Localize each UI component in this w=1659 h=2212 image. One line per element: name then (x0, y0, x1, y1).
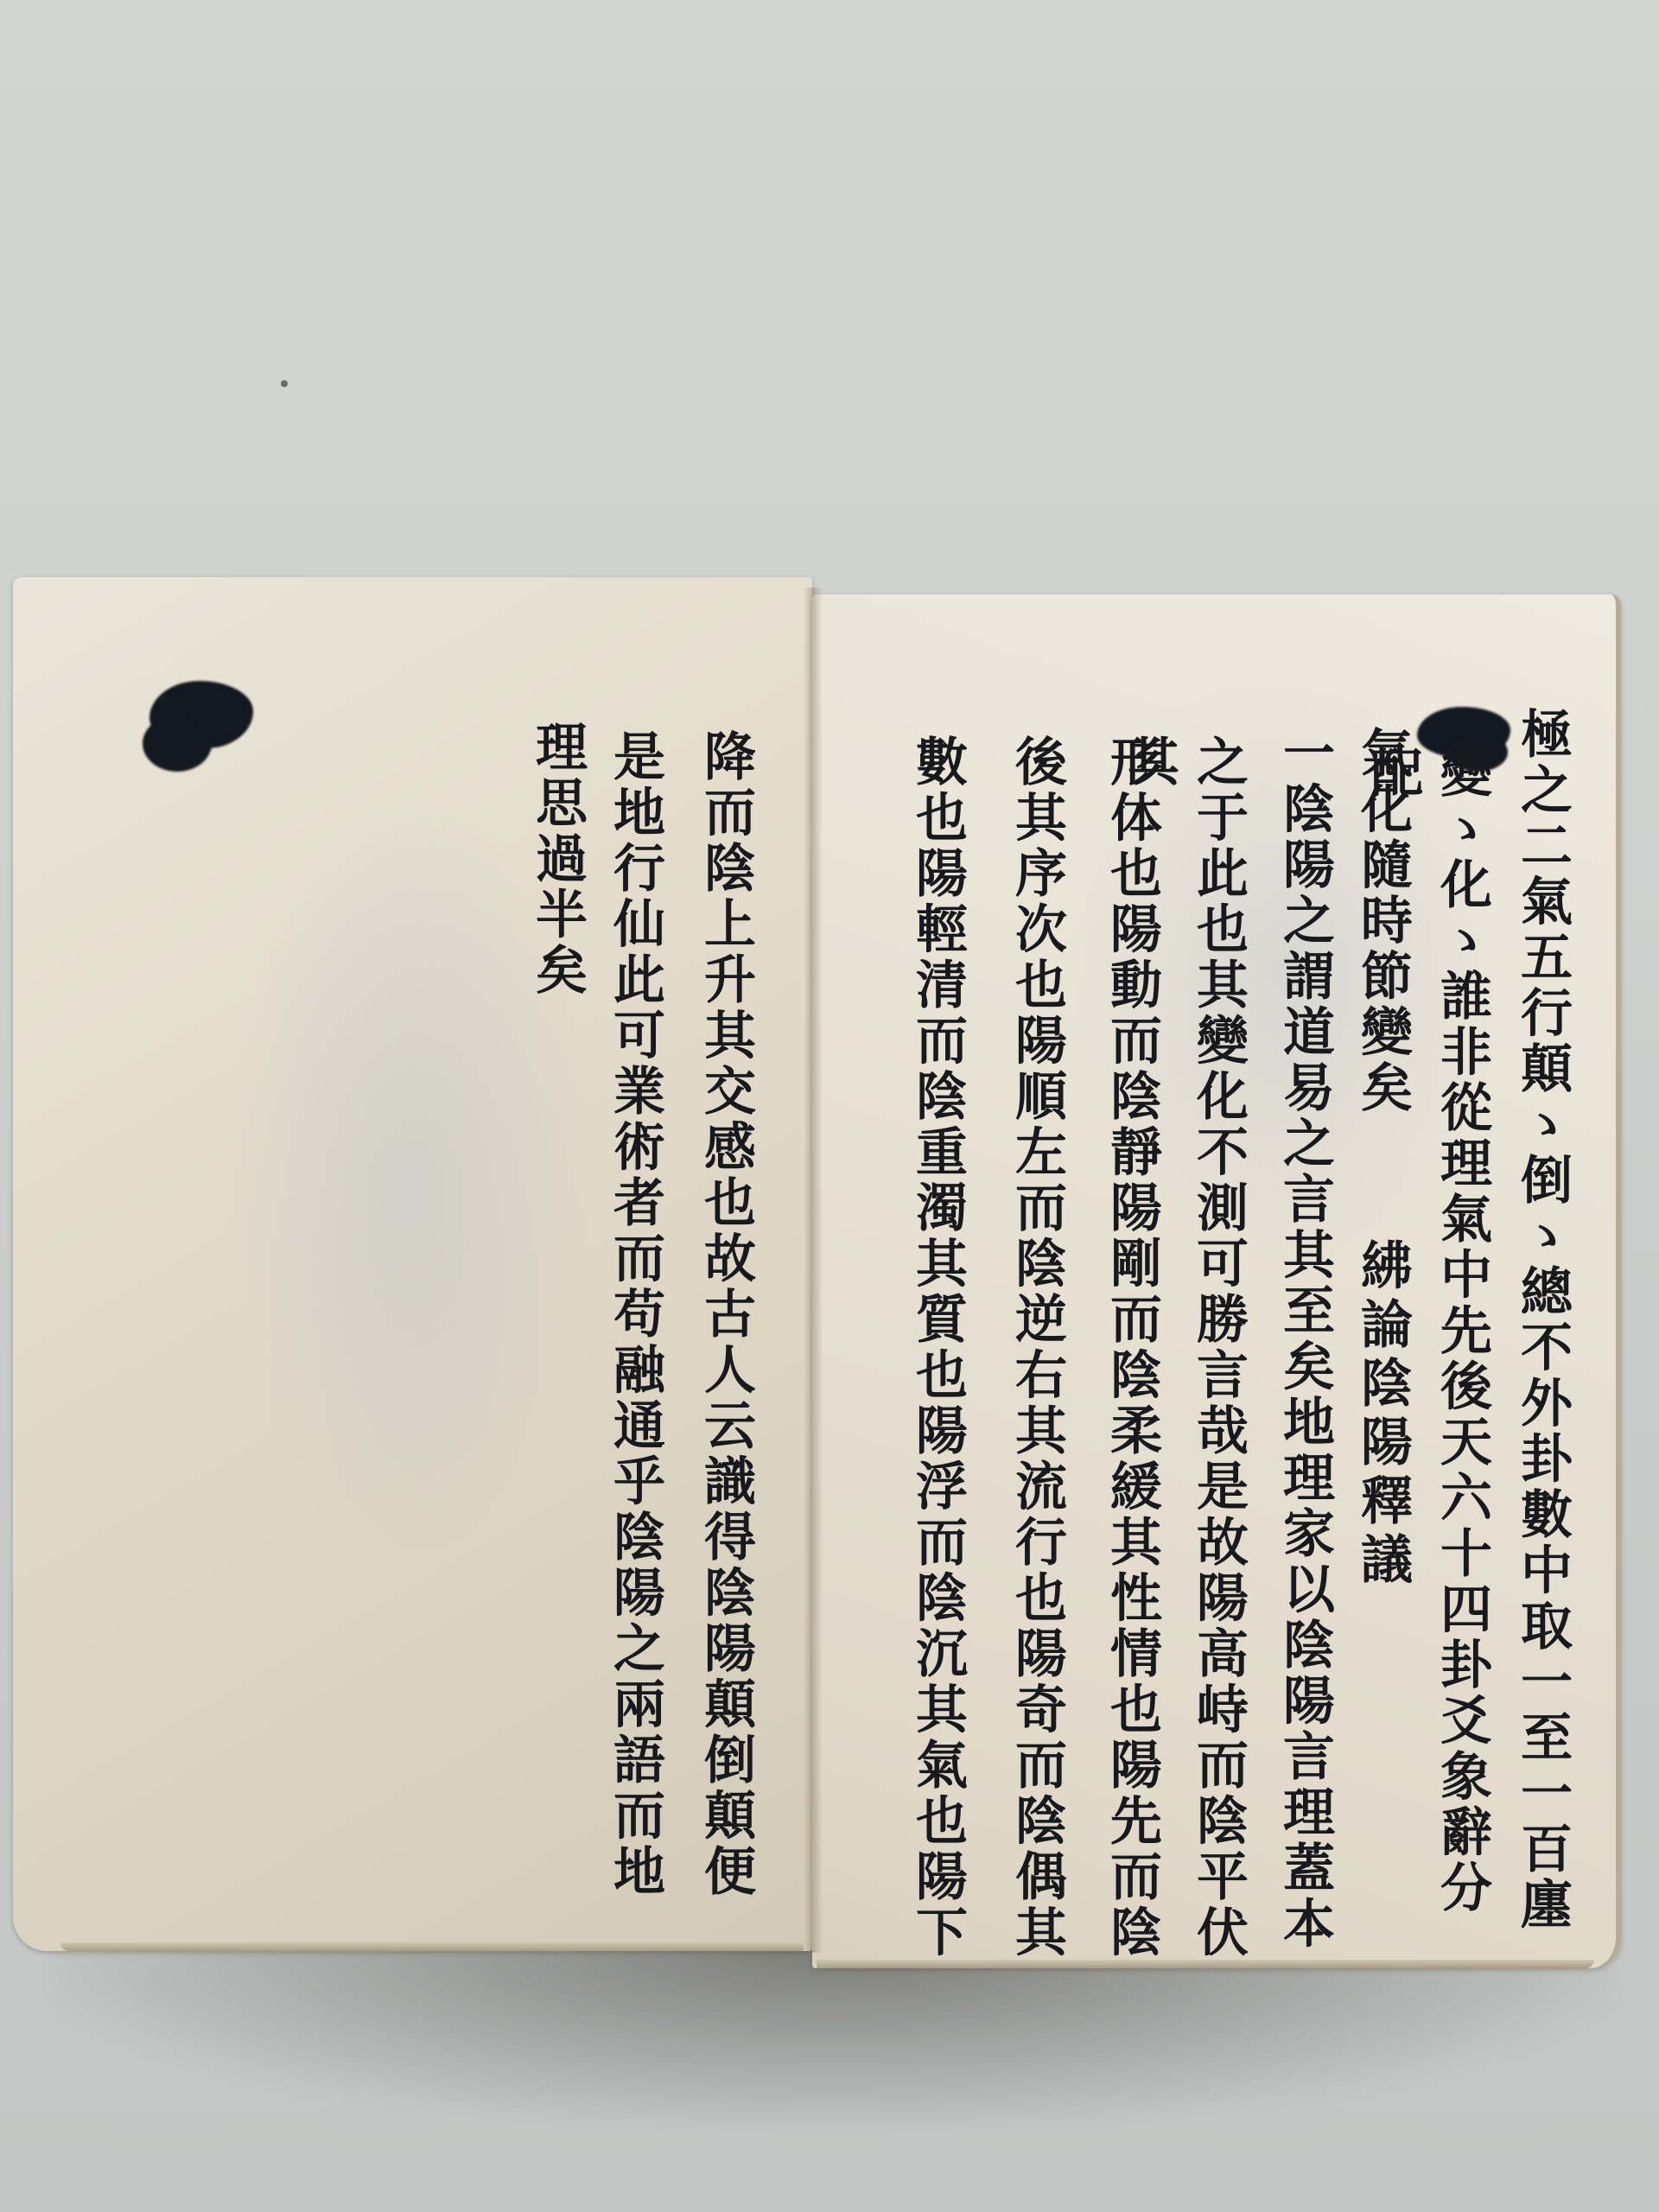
book-spine (804, 588, 823, 1953)
text-column-right-4: 一陰陽之謂道易之言其至矣地理家以陰陽言理蓋本 (1270, 726, 1339, 1952)
section-title: 紼論陰陽釋議 (1348, 1238, 1417, 1591)
right-page: 極之二氣五行顛ゝ倒ゝ總不外卦數中取一至一百廛 變ゝ化ゝ誰非從理氣中先後天六十四卦… (812, 594, 1621, 1968)
wall-speck (281, 380, 288, 387)
ink-blot-icon (143, 715, 212, 772)
text-column-left-3: 理思過半矣 (523, 720, 592, 999)
text-column-right-5: 之于此也其變化不測可勝言哉是故陽高峙而陰平伏其 (1184, 734, 1253, 1968)
page-edge-bottom-right (817, 1960, 1594, 1968)
left-page: 降而陰上升其交感也故古人云識得陰陽顛倒顛便 是地行仙此可業術者而苟融通乎陰陽之兩… (13, 577, 812, 1951)
text-column-right-1: 極之二氣五行顛ゝ倒ゝ總不外卦數中取一至一百廛 (1508, 707, 1577, 1933)
text-column-left-2: 是地行仙此可業術者而苟融通乎陰陽之兩語而地 (601, 729, 670, 1900)
text-column-right-7: 後其序次也陽順左而陰逆右其流行也陽奇而陰偶其 (1002, 734, 1071, 1961)
text-column-right-6: 形体也陽動而陰靜陽剛而陰柔緩其性情也陽先而陰 (1097, 734, 1166, 1961)
text-column-left-1: 降而陰上升其交感也故古人云識得陰陽顛倒顛便 (691, 729, 760, 1900)
text-column-right-3: 氣化隨時節變矣 (1348, 726, 1417, 1116)
text-column-right-2: 變ゝ化ゝ誰非從理氣中先後天六十四卦爻象辭分配 (1427, 746, 1497, 1968)
page-edge-bottom-left (60, 1942, 804, 1951)
text-column-right-8: 數也陽輕清而陰重濁其質也陽浮而陰沉其氣也陽下 (903, 734, 972, 1961)
